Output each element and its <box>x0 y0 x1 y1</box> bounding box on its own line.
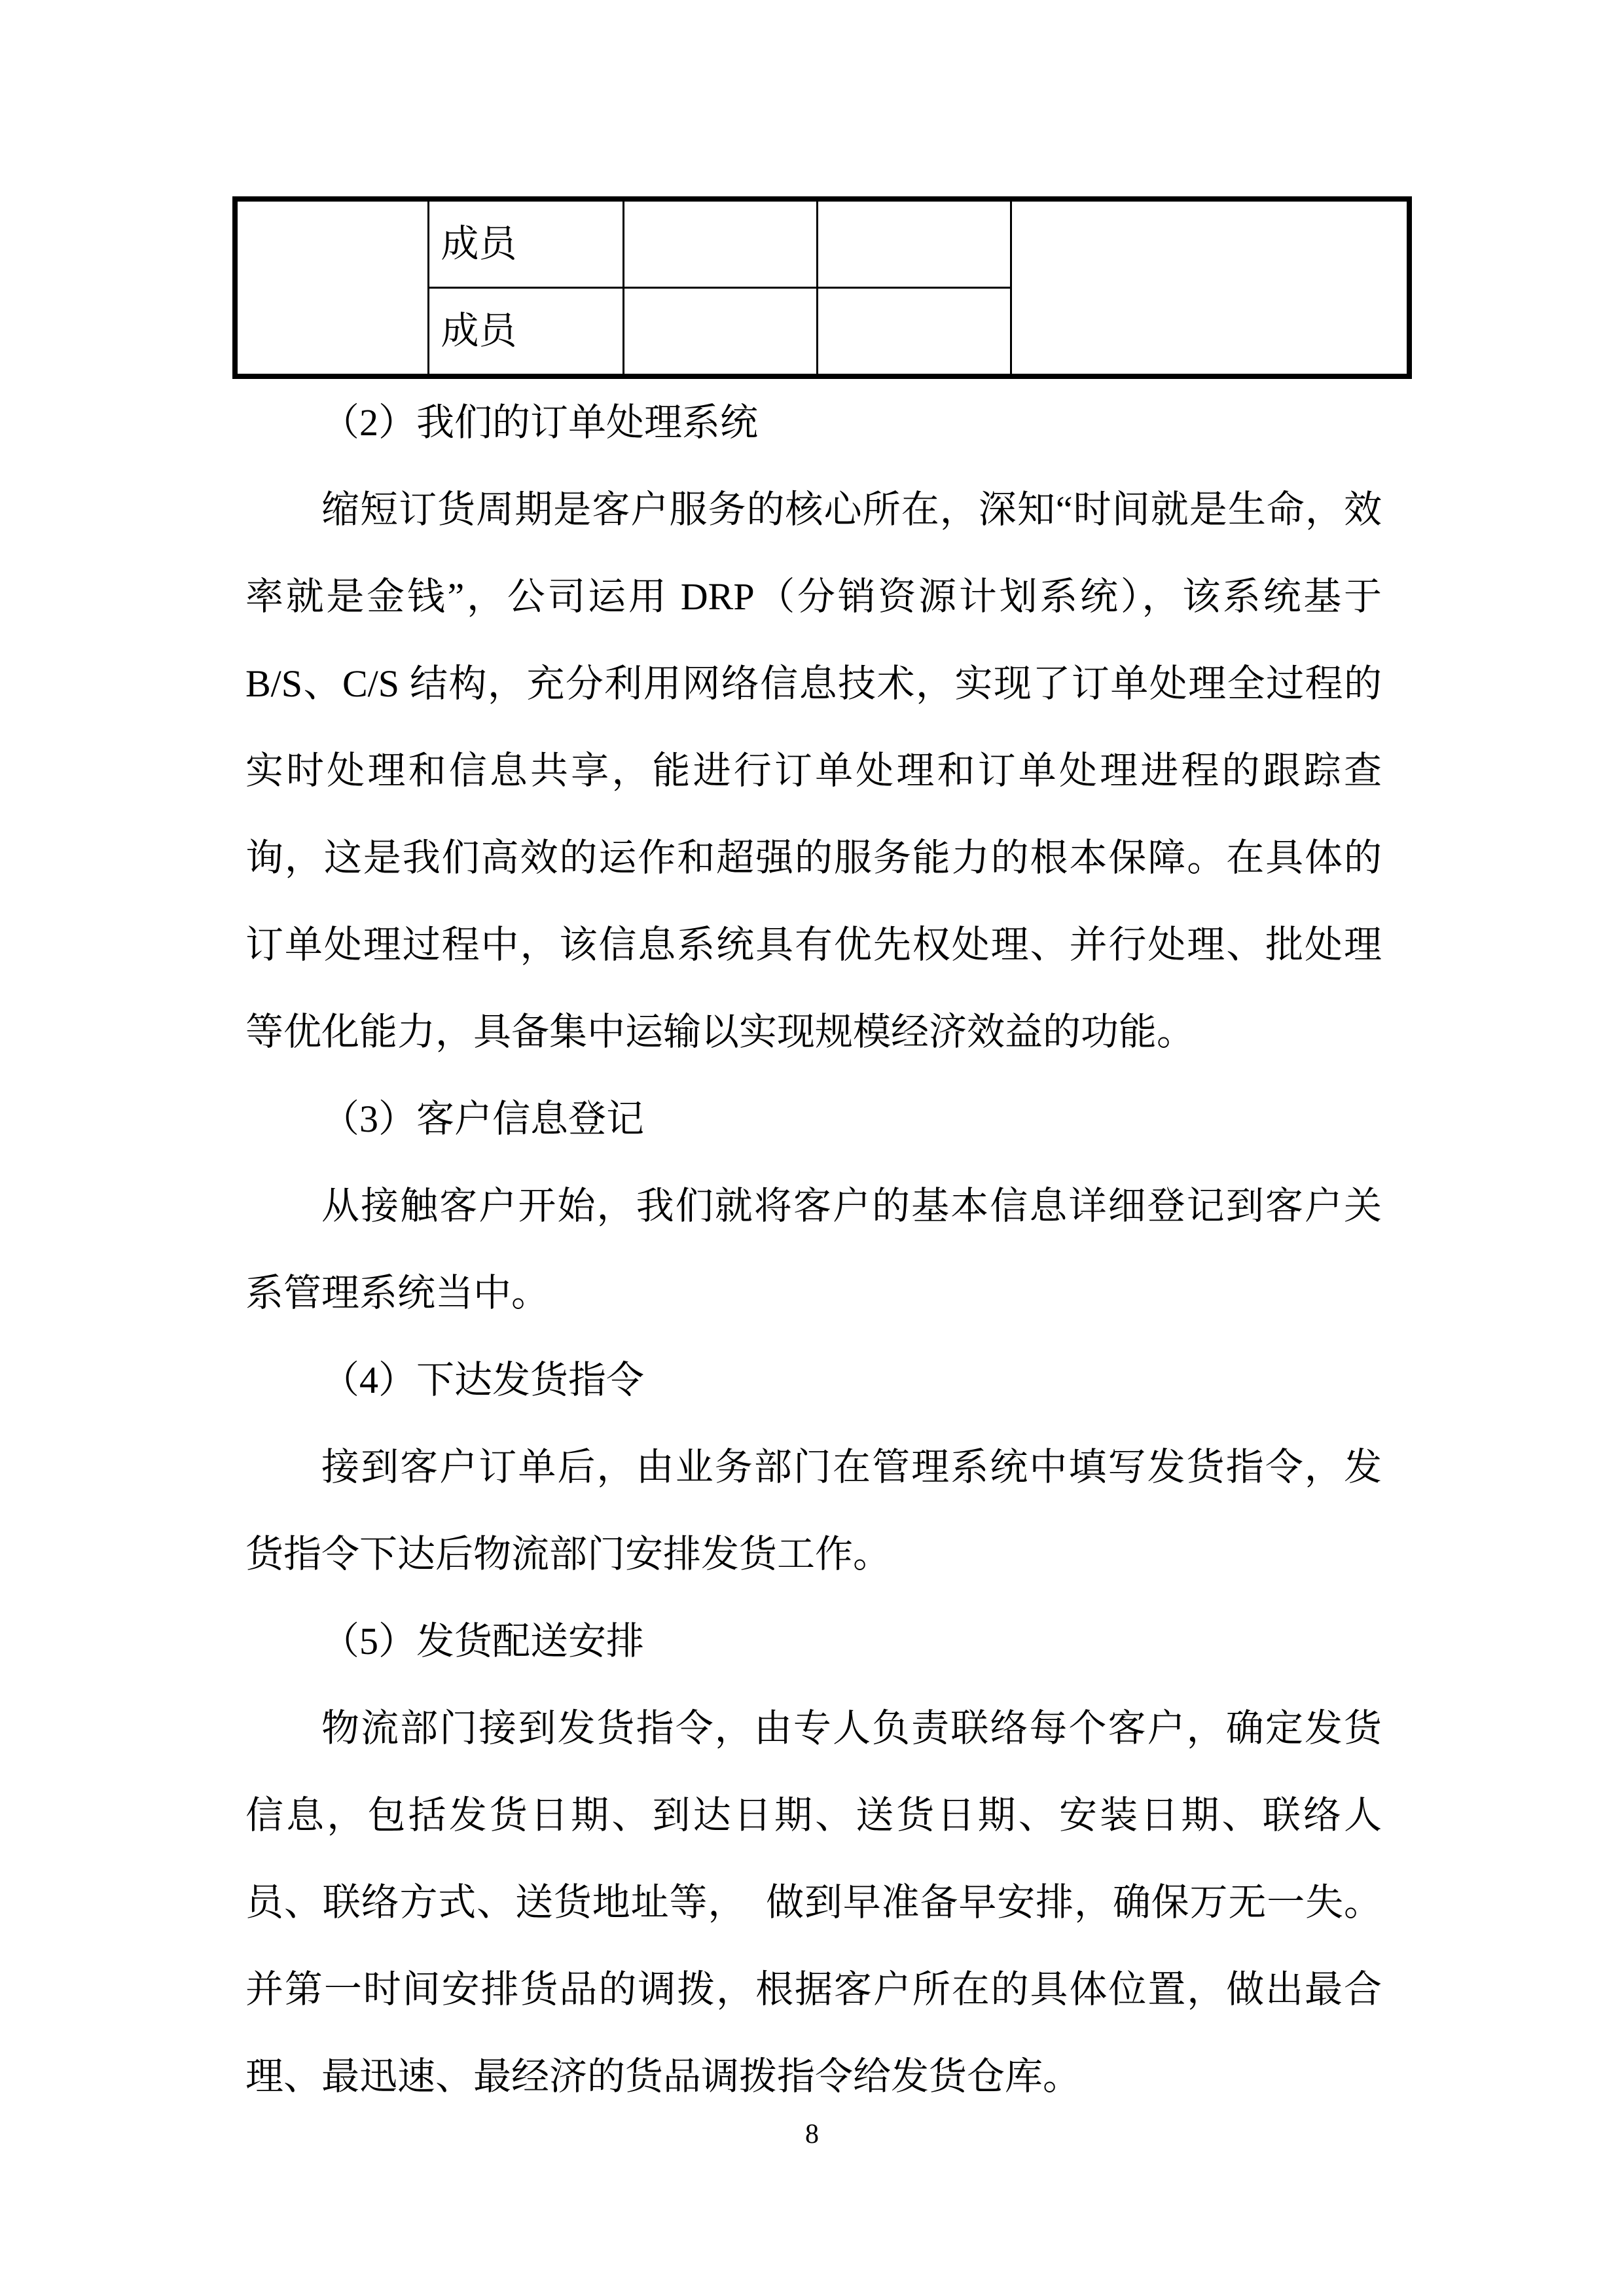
paragraph-customer-info: 从接触客户开始，我们就将客户的基本信息详细登记到客户关系管理系统当中。 <box>245 1162 1382 1336</box>
page-footer: 8 <box>0 2119 1624 2149</box>
table-cell-member-1: 成员 <box>428 199 623 288</box>
paragraph-order-system: 缩短订货周期是客户服务的核心所在，深知“时间就是生命，效率就是金钱”，公司运用 … <box>245 466 1382 1075</box>
table-cell-empty <box>623 199 817 288</box>
table-cell-empty <box>817 288 1011 377</box>
table-cell-left-merged <box>235 199 428 376</box>
page-content: 成员 成员 （2）我们的订单处理系统 缩短订货周期是客户服务的核心所在，深知“时… <box>245 196 1382 2120</box>
body-text: （2）我们的订单处理系统 缩短订货周期是客户服务的核心所在，深知“时间就是生命，… <box>245 379 1382 2120</box>
section-heading-3: （3）客户信息登记 <box>245 1075 1382 1162</box>
section-heading-5: （5）发货配送安排 <box>245 1598 1382 1685</box>
members-table: 成员 成员 <box>232 196 1412 379</box>
table-cell-right-merged <box>1011 199 1409 376</box>
paragraph-delivery-arrangement: 物流部门接到发货指令，由专人负责联络每个客户，确定发货信息，包括发货日期、到达日… <box>245 1685 1382 2120</box>
table-cell-empty <box>817 199 1011 288</box>
paragraph-shipping-order: 接到客户订单后，由业务部门在管理系统中填写发货指令，发货指令下达后物流部门安排发… <box>245 1424 1382 1598</box>
section-heading-4: （4）下达发货指令 <box>245 1336 1382 1424</box>
table-cell-member-2: 成员 <box>428 288 623 377</box>
section-heading-2: （2）我们的订单处理系统 <box>245 379 1382 466</box>
page-number: 8 <box>805 2119 819 2149</box>
table-row-1: 成员 <box>235 199 1409 288</box>
document-page: 成员 成员 （2）我们的订单处理系统 缩短订货周期是客户服务的核心所在，深知“时… <box>0 0 1624 2296</box>
table-cell-empty <box>623 288 817 377</box>
